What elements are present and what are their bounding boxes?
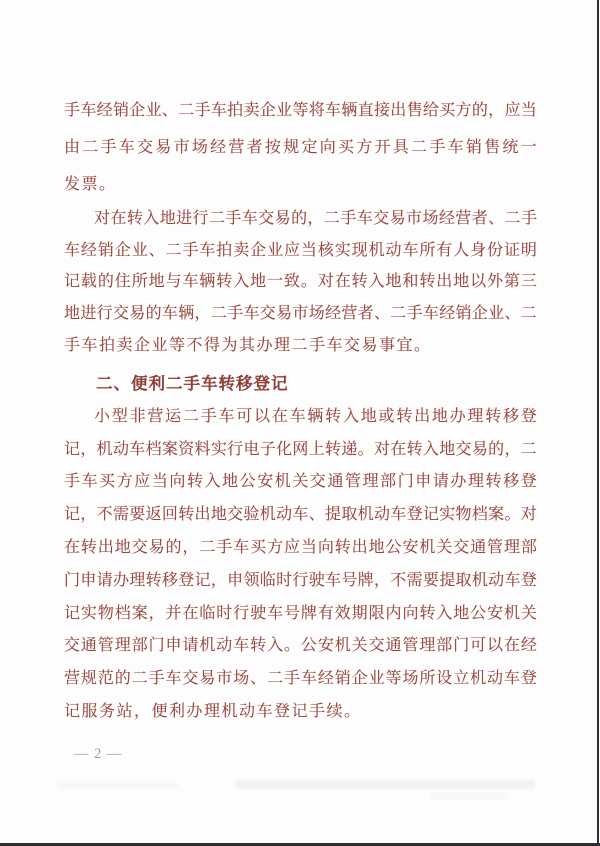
text-line: 记实物档案，并在临时行驶车号牌有效期限内向转入地公安机关 (64, 595, 537, 628)
scan-artifact (58, 782, 178, 789)
text-line: 手车买方应当向转入地公安机关交通管理部门申请办理转移登 (64, 464, 537, 497)
text-line: 车经销企业、二手车拍卖企业应当核实现机动车所有人身份证明 (64, 233, 537, 265)
text-line: 记，不需要返回转出地交验机动车、提取机动车登记实物档案。对 (64, 496, 537, 529)
text-line: 小型非营运二手车可以在车辆转入地或转出地办理转移登 (64, 398, 537, 431)
text-line: 在转出地交易的，二手车买方应当向转出地公安机关交通管理部 (64, 529, 537, 562)
text-line: 手车经销企业、二手车拍卖企业等将车辆直接出售给买方的，应当 (64, 90, 537, 127)
paragraph: 对在转入地进行二手车交易的，二手车交易市场经营者、二手 车经销企业、二手车拍卖企… (64, 201, 537, 359)
paragraph-continuation: 手车经销企业、二手车拍卖企业等将车辆直接出售给买方的，应当 由二手车交易市场经营… (64, 90, 537, 201)
text-line: 地进行交易的车辆，二手车交易市场经营者、二手车经销企业、二 (64, 296, 537, 328)
section-heading: 二、便利二手车转移登记 (64, 366, 537, 398)
text-line: 营规范的二手车交易市场、二手车经销企业等场所设立机动车登 (64, 660, 537, 693)
page-number: — 2 — (74, 746, 123, 763)
text-line: 手车拍卖企业等不得为其办理二手车交易事宜。 (64, 327, 537, 359)
scanned-document-page: 手车经销企业、二手车拍卖企业等将车辆直接出售给买方的，应当 由二手车交易市场经营… (0, 0, 600, 846)
text-line: 由二手车交易市场经营者按规定向买方开具二手车销售统一 (64, 127, 537, 164)
text-line: 记载的住所地与车辆转入地一致。对在转入地和转出地以外第三 (64, 264, 537, 296)
text-line: 记，机动车档案资料实行电子化网上转递。对在转入地交易的，二 (64, 431, 537, 464)
document-body: 手车经销企业、二手车拍卖企业等将车辆直接出售给买方的，应当 由二手车交易市场经营… (64, 90, 537, 726)
text-line: 门申请办理转移登记，申领临时行驶车号牌，不需要提取机动车登 (64, 562, 537, 595)
scan-artifact (430, 792, 505, 800)
paragraph: 小型非营运二手车可以在车辆转入地或转出地办理转移登 记，机动车档案资料实行电子化… (64, 398, 537, 726)
text-line: 交通管理部门申请机动车转入。公安机关交通管理部门可以在经 (64, 628, 537, 661)
scan-edge-right (597, 0, 599, 846)
text-line: 记服务站，便利办理机动车登记手续。 (64, 693, 537, 726)
scan-artifact (235, 780, 535, 789)
text-line: 发票。 (64, 164, 537, 201)
text-line: 对在转入地进行二手车交易的，二手车交易市场经营者、二手 (64, 201, 537, 233)
